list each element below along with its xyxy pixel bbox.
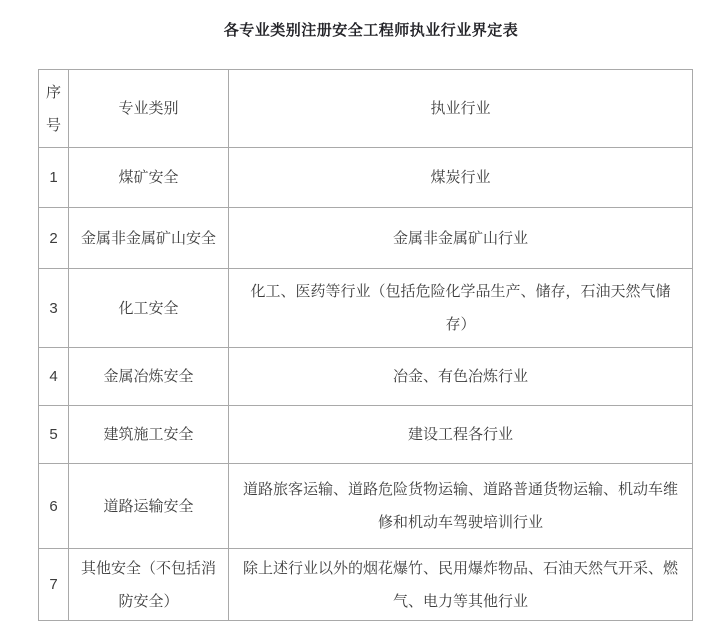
- cell-category: 建筑施工安全: [69, 406, 229, 464]
- header-cell-category: 专业类别: [69, 70, 229, 148]
- cell-category: 煤矿安全: [69, 148, 229, 208]
- table-row: 1 煤矿安全 煤炭行业: [39, 148, 693, 208]
- cell-no: 2: [39, 208, 69, 269]
- cell-no: 5: [39, 406, 69, 464]
- table-row: 2 金属非金属矿山安全 金属非金属矿山行业: [39, 208, 693, 269]
- cell-industry: 除上述行业以外的烟花爆竹、民用爆炸物品、石油天然气开采、燃气、电力等其他行业: [229, 549, 693, 621]
- table-row: 7 其他安全（不包括消防安全） 除上述行业以外的烟花爆竹、民用爆炸物品、石油天然…: [39, 549, 693, 621]
- cell-industry: 建设工程各行业: [229, 406, 693, 464]
- cell-category: 其他安全（不包括消防安全）: [69, 549, 229, 621]
- cell-category: 道路运输安全: [69, 464, 229, 549]
- page-title: 各专业类别注册安全工程师执业行业界定表: [38, 19, 704, 40]
- cell-no: 6: [39, 464, 69, 549]
- cell-no: 3: [39, 269, 69, 348]
- header-cell-no: 序号: [39, 70, 69, 148]
- cell-industry: 道路旅客运输、道路危险货物运输、道路普通货物运输、机动车维修和机动车驾驶培训行业: [229, 464, 693, 549]
- cell-category: 金属非金属矿山安全: [69, 208, 229, 269]
- table-header-row: 序号 专业类别 执业行业: [39, 70, 693, 148]
- cell-no: 1: [39, 148, 69, 208]
- cell-industry: 金属非金属矿山行业: [229, 208, 693, 269]
- header-cell-industry: 执业行业: [229, 70, 693, 148]
- document-page: 各专业类别注册安全工程师执业行业界定表 序号 专业类别 执业行业 1 煤矿安全 …: [0, 0, 720, 642]
- table-row: 4 金属冶炼安全 冶金、有色冶炼行业: [39, 348, 693, 406]
- cell-category: 金属冶炼安全: [69, 348, 229, 406]
- cell-industry: 化工、医药等行业（包括危险化学品生产、储存，石油天然气储存）: [229, 269, 693, 348]
- industry-definition-table: 序号 专业类别 执业行业 1 煤矿安全 煤炭行业 2 金属非金属矿山安全 金属非…: [38, 69, 693, 621]
- cell-industry: 煤炭行业: [229, 148, 693, 208]
- cell-no: 4: [39, 348, 69, 406]
- table-row: 3 化工安全 化工、医药等行业（包括危险化学品生产、储存，石油天然气储存）: [39, 269, 693, 348]
- cell-category: 化工安全: [69, 269, 229, 348]
- table-row: 6 道路运输安全 道路旅客运输、道路危险货物运输、道路普通货物运输、机动车维修和…: [39, 464, 693, 549]
- table-row: 5 建筑施工安全 建设工程各行业: [39, 406, 693, 464]
- cell-no: 7: [39, 549, 69, 621]
- cell-industry: 冶金、有色冶炼行业: [229, 348, 693, 406]
